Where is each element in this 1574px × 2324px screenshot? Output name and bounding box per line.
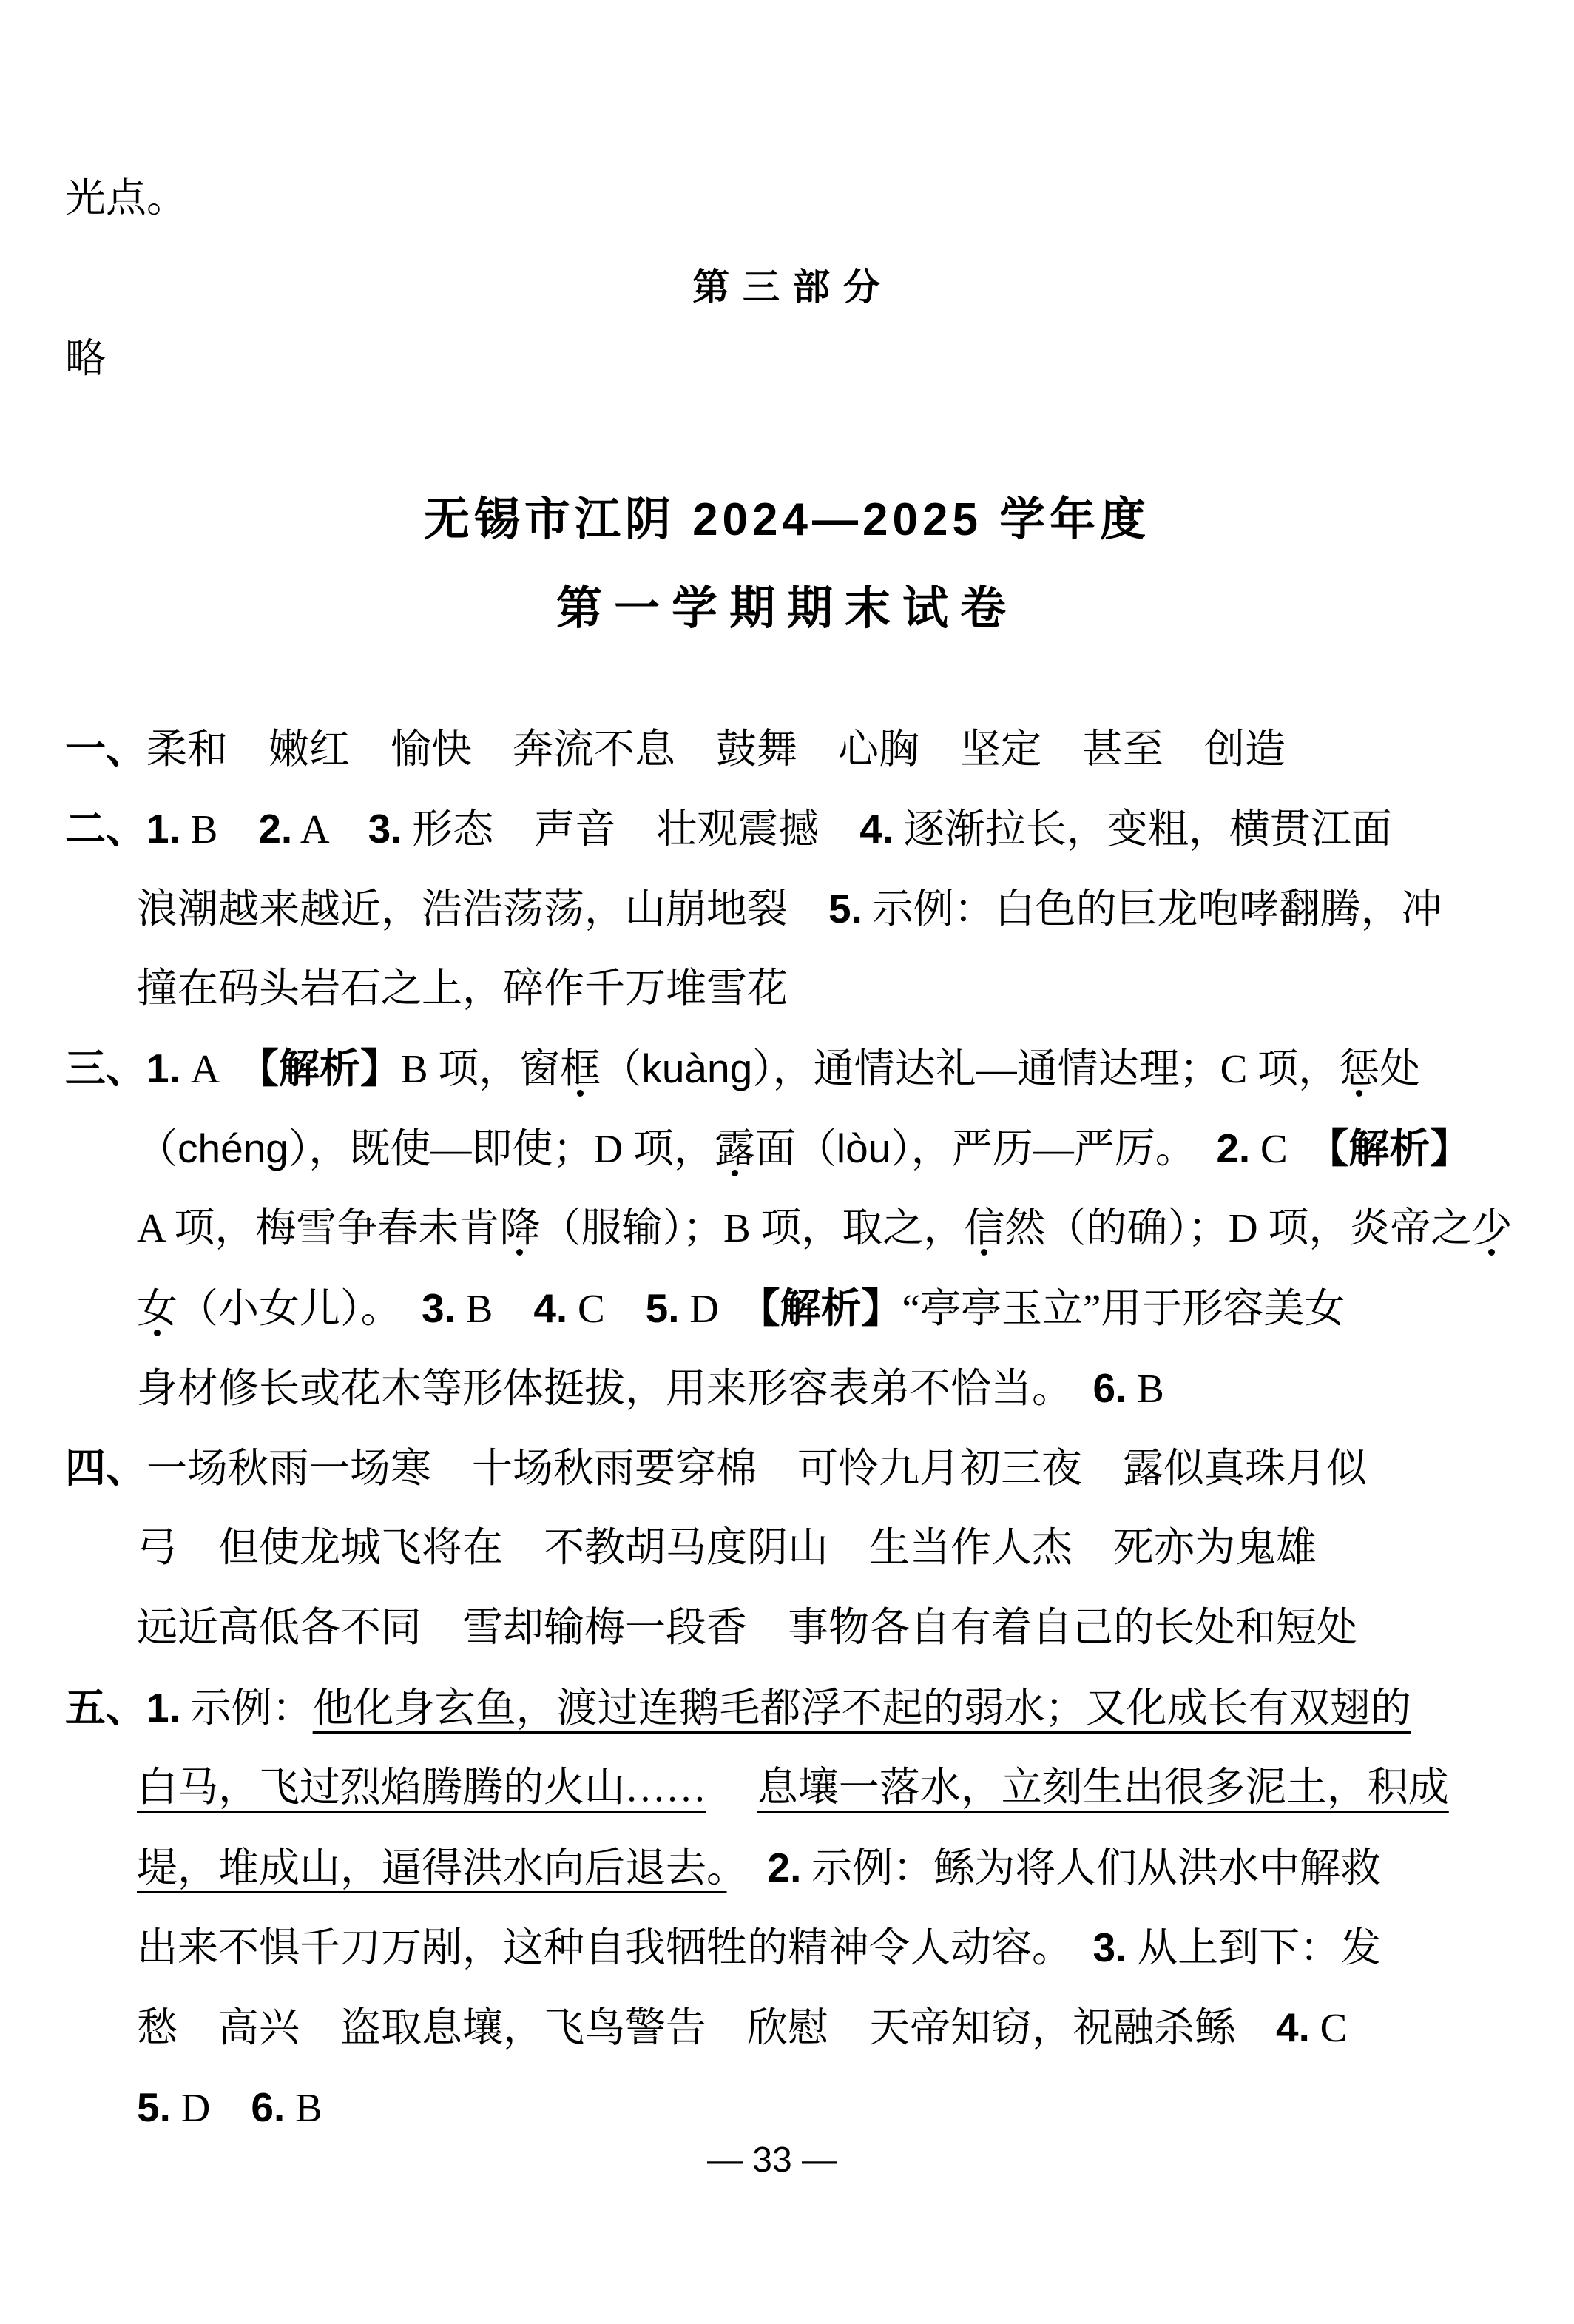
answer-line: A 项，梅雪争春未肯降（服输）；B 项，取之，信然（的确）；D 项，炎帝之少 xyxy=(65,1188,1521,1268)
bold-label: 1. xyxy=(146,806,180,852)
text-segment: 远近高低各不同 雪却输梅一段香 事物各自有着自己的长处和短处 xyxy=(137,1605,1357,1650)
text-segment: C xyxy=(1250,1126,1328,1171)
answer-line: 出来不惧千刀万剐，这种自我牺牲的精神令人动容。 3. 从上到下：发 xyxy=(65,1907,1521,1987)
answer-line: 女（小女儿）。 3. B 4. C 5. D 【解析】“亭亭玉立”用于形容美女 xyxy=(65,1268,1521,1348)
emphasized-char: 降 xyxy=(499,1205,540,1250)
bold-label: 3. xyxy=(1093,1924,1127,1970)
answer-line: 5. D 6. B xyxy=(65,2067,1521,2147)
text-segment: A 项，梅雪争春未肯 xyxy=(137,1205,499,1250)
answer-line: 二、1. B 2. A 3. 形态 声音 壮观震撼 4. 逐渐拉长，变粗，横贯江… xyxy=(65,789,1521,869)
answer-line: 身材修长或花木等形体挺拔，用来形容表弟不恰当。 6. B xyxy=(65,1348,1521,1428)
text-segment: ），既使—即使；D 项， xyxy=(288,1126,715,1171)
text-segment: 愁 高兴 盗取息壤，飞鸟警告 欣慰 天帝知窃，祝融杀鲧 xyxy=(137,2005,1276,2050)
underlined-answer-text: 息壤一落水，立刻生出很多泥土，积成 xyxy=(757,1765,1449,1810)
answer-line: 弓 但使龙城飞将在 不教胡马度阴山 生当作人杰 死亦为鬼雄 xyxy=(65,1508,1521,1588)
page-number: — 33 — xyxy=(0,2140,1544,2180)
text-segment: chéng xyxy=(178,1125,288,1171)
underlined-answer-text: 堤，堆成山，逼得洪水向后退去。 xyxy=(137,1845,727,1890)
bold-label: 【解析】 xyxy=(1328,1125,1471,1171)
text-segment: 一场秋雨一场寒 十场秋雨要穿棉 可怜九月初三夜 露似真珠月似 xyxy=(146,1446,1367,1491)
bold-label: 五、 xyxy=(65,1685,146,1731)
answer-line: 堤，堆成山，逼得洪水向后退去。 2. 示例：鲧为将人们从洪水中解救 xyxy=(65,1828,1521,1907)
text-segment: C xyxy=(1310,2005,1347,2050)
underlined-answer-text: 白马，飞过烈焰腾腾的火山…… xyxy=(137,1765,706,1810)
emphasized-char: 少 xyxy=(1471,1205,1512,1250)
bold-label: 2. xyxy=(258,806,292,852)
text-segment: D xyxy=(680,1286,760,1331)
text-segment: 形态 声音 壮观震撼 xyxy=(402,806,859,852)
answer-line: 五、1. 示例：他化身玄鱼，渡过连鹅毛都浮不起的弱水；又化成长有双翅的 xyxy=(65,1668,1521,1748)
text-segment: 弓 但使龙城飞将在 不教胡马度阴山 生当作人杰 死亦为鬼雄 xyxy=(137,1525,1317,1570)
text-segment: （ xyxy=(601,1046,641,1091)
text-segment: 身材修长或花木等形体挺拔，用来形容表弟不恰当。 xyxy=(137,1366,1093,1411)
text-segment xyxy=(706,1765,757,1810)
text-segment: B xyxy=(180,806,258,852)
emphasized-char: 露 xyxy=(715,1126,755,1171)
text-segment: ），通情达礼—通情达理；C 项， xyxy=(752,1046,1339,1091)
emphasized-char: 信 xyxy=(964,1205,1004,1250)
exam-title-line2: 第一学期期末试卷 xyxy=(0,571,1574,637)
bold-label: 5. xyxy=(646,1285,680,1331)
text-segment: （ xyxy=(137,1126,178,1171)
text-segment xyxy=(727,1845,768,1890)
text-segment: B xyxy=(285,2085,322,2130)
bold-label: 【解析】 xyxy=(760,1285,902,1331)
omitted-note: 略 xyxy=(65,337,106,381)
bold-label: 四、 xyxy=(65,1445,146,1491)
text-segment: B xyxy=(1127,1366,1163,1411)
text-segment: 示例：鲧为将人们从洪水中解救 xyxy=(801,1845,1381,1890)
bold-label: 6. xyxy=(251,2084,285,2130)
text-segment: 示例： xyxy=(180,1685,313,1731)
answer-line: 浪潮越来越近，浩浩荡荡，山崩地裂 5. 示例：白色的巨龙咆哮翻腾，冲 xyxy=(65,869,1521,949)
carryover-text: 光点。 xyxy=(65,176,187,220)
text-segment: D xyxy=(171,2085,251,2130)
answer-line: 白马，飞过烈焰腾腾的火山…… 息壤一落水，立刻生出很多泥土，积成 xyxy=(65,1748,1521,1828)
text-segment: 浪潮越来越近，浩浩荡荡，山崩地裂 xyxy=(137,886,828,932)
bold-label: 1. xyxy=(146,1045,180,1091)
bold-label: 1. xyxy=(146,1685,180,1731)
text-segment: “亭亭玉立”用于形容美女 xyxy=(902,1286,1345,1331)
answer-line: 愁 高兴 盗取息壤，飞鸟警告 欣慰 天帝知窃，祝融杀鲧 4. C xyxy=(65,1987,1521,2067)
text-segment: B 项，窗 xyxy=(401,1046,560,1091)
text-segment: kuàng xyxy=(641,1045,752,1091)
text-segment: A xyxy=(292,806,368,852)
answer-line: （chéng），既使—即使；D 项，露面（lòu），严历—严厉。 2. C 【解… xyxy=(65,1108,1521,1188)
bold-label: 二、 xyxy=(65,806,146,852)
answer-line: 一、柔和 嫩红 愉快 奔流不息 鼓舞 心胸 坚定 甚至 创造 xyxy=(65,709,1521,789)
bold-label: 5. xyxy=(137,2084,171,2130)
bold-label: 5. xyxy=(828,886,862,932)
text-segment: 从上到下：发 xyxy=(1127,1925,1381,1970)
bold-label: 4. xyxy=(533,1285,567,1331)
text-segment: 柔和 嫩红 愉快 奔流不息 鼓舞 心胸 坚定 甚至 创造 xyxy=(146,727,1286,772)
bold-label: 4. xyxy=(1276,2004,1310,2050)
text-segment: A xyxy=(180,1046,258,1091)
answer-line: 四、一场秋雨一场寒 十场秋雨要穿棉 可怜九月初三夜 露似真珠月似 xyxy=(65,1428,1521,1508)
answer-line: 三、1. A 【解析】B 项，窗框（kuàng），通情达礼—通情达理；C 项，惩… xyxy=(65,1028,1521,1108)
exam-title-line1: 无锡市江阴 2024—2025 学年度 xyxy=(0,482,1574,548)
bold-label: 3. xyxy=(422,1285,456,1331)
text-segment: 示例：白色的巨龙咆哮翻腾，冲 xyxy=(862,886,1442,932)
part-heading: 第 三 部 分 xyxy=(0,257,1574,311)
underlined-answer-text: 他化身玄鱼，渡过连鹅毛都浮不起的弱水；又化成长有双翅的 xyxy=(313,1685,1411,1731)
emphasized-char: 女 xyxy=(137,1286,178,1331)
bold-label: 3. xyxy=(368,806,402,852)
text-segment: C xyxy=(567,1286,645,1331)
bold-label: 6. xyxy=(1093,1365,1127,1411)
bold-label: 2. xyxy=(1216,1125,1250,1171)
bold-label: 【解析】 xyxy=(258,1045,401,1091)
bold-label: 一、 xyxy=(65,726,146,772)
text-segment: lòu xyxy=(837,1125,891,1171)
answer-key-page: 光点。 第 三 部 分 略 无锡市江阴 2024—2025 学年度 第一学期期末… xyxy=(0,0,1574,2324)
text-segment: 出来不惧千刀万剐，这种自我牺牲的精神令人动容。 xyxy=(137,1925,1093,1970)
text-segment: B xyxy=(456,1286,533,1331)
text-segment: 逐渐拉长，变粗，横贯江面 xyxy=(894,806,1392,852)
text-segment: （小女儿）。 xyxy=(178,1286,422,1331)
answer-line: 远近高低各不同 雪却输梅一段香 事物各自有着自己的长处和短处 xyxy=(65,1588,1521,1668)
text-segment: （服输）；B 项，取之， xyxy=(540,1205,964,1250)
text-segment: 撞在码头岩石之上，碎作千万堆雪花 xyxy=(137,966,788,1011)
emphasized-char: 框 xyxy=(560,1046,601,1091)
text-segment: ），严历—严厉。 xyxy=(891,1126,1216,1171)
text-segment: 处 xyxy=(1379,1046,1420,1091)
bold-label: 2. xyxy=(768,1845,802,1890)
answers-block: 一、柔和 嫩红 愉快 奔流不息 鼓舞 心胸 坚定 甚至 创造二、1. B 2. … xyxy=(65,709,1521,2147)
bold-label: 4. xyxy=(859,806,894,852)
text-segment: 面（ xyxy=(755,1126,837,1171)
text-segment: 然（的确）；D 项，炎帝之 xyxy=(1004,1205,1471,1250)
answer-line: 撞在码头岩石之上，碎作千万堆雪花 xyxy=(65,949,1521,1028)
emphasized-char: 惩 xyxy=(1339,1046,1379,1091)
bold-label: 三、 xyxy=(65,1045,146,1091)
